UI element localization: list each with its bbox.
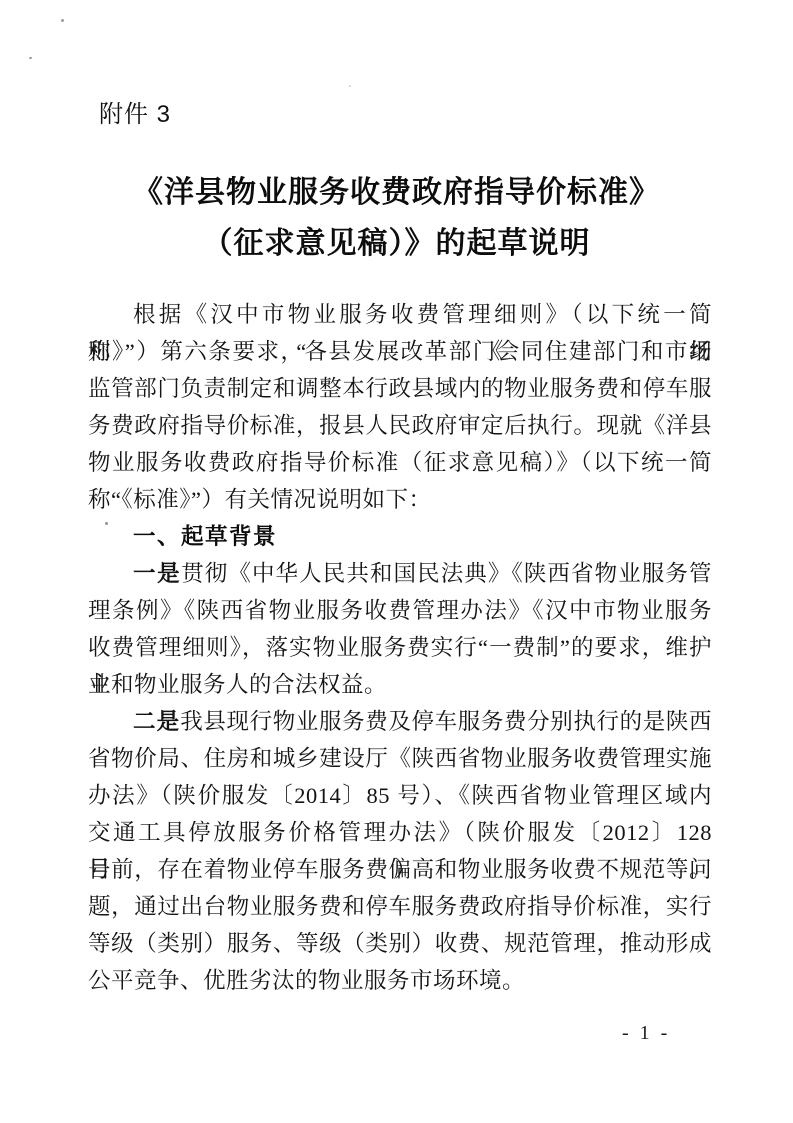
body-line: 省物价局、住房和城乡建设厅《陕西省物业服务收费管理实施: [88, 740, 712, 777]
body-line: 务费政府指导价标准，报县人民政府审定后执行。现就《洋县: [88, 407, 712, 444]
body-line: 公平竞争、优胜劣汰的物业服务市场环境。: [88, 962, 712, 999]
body-line: 交通工具停放服务价格管理办法》（陕价服发〔2012〕128 号）。: [88, 814, 712, 851]
body-line: 监管部门负责制定和调整本行政县域内的物业服务费和停车服: [88, 370, 712, 407]
body-line: 题，通过出台物业服务费和停车服务费政府指导价标准，实行: [88, 888, 712, 925]
page-number: - 1 -: [622, 1020, 670, 1046]
body-line: 理条例》《陕西省物业服务收费管理办法》《汉中市物业服务: [88, 592, 712, 629]
lead-emphasis: 二是: [133, 709, 180, 734]
scan-speck: [349, 85, 351, 87]
document-title: 《洋县物业服务收费政府指导价标准》（征求意见稿）》的起草说明: [0, 167, 793, 269]
document-title-line1: 《洋县物业服务收费政府指导价标准》: [133, 176, 660, 209]
lead-emphasis: 一是: [133, 561, 181, 586]
scan-speck: [61, 19, 64, 22]
body-line: 主和物业服务人的合法权益。: [88, 666, 712, 703]
body-line: 物业服务收费政府指导价标准（征求意见稿）》（以下统一简: [88, 444, 712, 481]
body-line: 则》”）第六条要求，各县发展改革部门会同住建部门和市场: [88, 333, 712, 370]
body-line: 一是贯彻《中华人民共和国民法典》《陕西省物业服务管: [88, 555, 712, 592]
attachment-label: 附件 3: [99, 99, 171, 131]
document-body: 根据《汉中市物业服务收费管理细则》（以下统一简称“《细则》”）第六条要求，各县发…: [88, 296, 712, 999]
body-line: 二是我县现行物业服务费及停车服务费分别执行的是陕西: [88, 703, 712, 740]
section-heading: 一、起草背景: [88, 518, 712, 555]
body-line: 收费管理细则》，落实物业服务费实行“一费制”的要求，维护业: [88, 629, 712, 666]
document-title-line2: （征求意见稿）》的起草说明: [203, 227, 591, 260]
scan-speck: [29, 57, 32, 59]
body-line: 目前，存在着物业停车服务费偏高和物业服务收费不规范等问: [88, 851, 712, 888]
body-line: 根据《汉中市物业服务收费管理细则》（以下统一简称“《细: [88, 296, 712, 333]
body-line: 称“《标准》”）有关情况说明如下：: [88, 481, 712, 518]
body-line: 办法》（陕价服发〔2014〕85 号）、《陕西省物业管理区域内: [88, 777, 712, 814]
body-line: 等级（类别）服务、等级（类别）收费、规范管理，推动形成: [88, 925, 712, 962]
document-page: 附件 3 《洋县物业服务收费政府指导价标准》（征求意见稿）》的起草说明 根据《汉…: [0, 0, 793, 1123]
